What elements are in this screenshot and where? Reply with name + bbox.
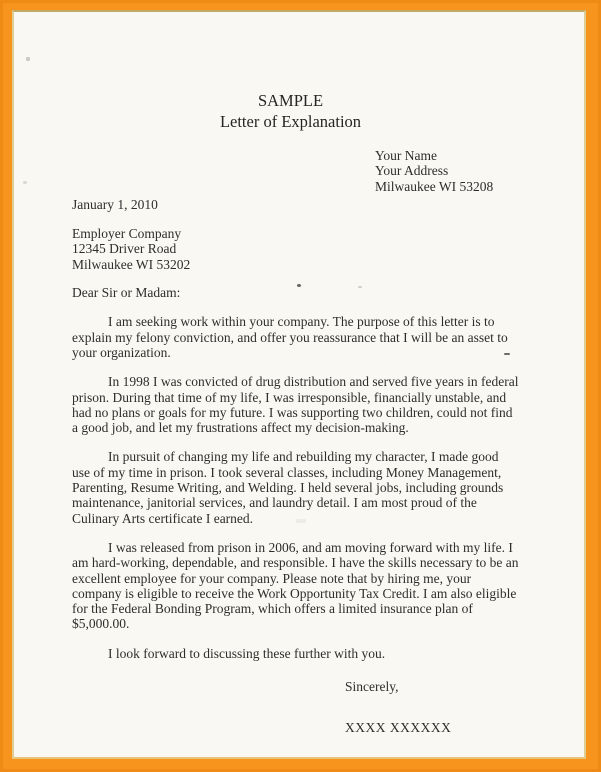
letter-page: SAMPLE Letter of Explanation Your Name Y… bbox=[12, 10, 586, 759]
sender-name: Your Name bbox=[375, 148, 519, 163]
sender-address: Your Address bbox=[375, 163, 519, 178]
body-paragraph-5: I look forward to discussing these furth… bbox=[72, 646, 519, 661]
letter-title: SAMPLE Letter of Explanation bbox=[72, 90, 509, 132]
salutation: Dear Sir or Madam: bbox=[72, 285, 519, 300]
letter-date: January 1, 2010 bbox=[72, 197, 519, 212]
signature-placeholder: XXXX XXXXXX bbox=[345, 720, 519, 735]
orange-border-frame: SAMPLE Letter of Explanation Your Name Y… bbox=[0, 0, 601, 772]
recipient-city-state-zip: Milwaukee WI 53202 bbox=[72, 257, 519, 272]
body-paragraph-3: In pursuit of changing my life and rebui… bbox=[72, 449, 519, 525]
title-subtitle-line: Letter of Explanation bbox=[72, 111, 509, 132]
body-paragraph-1: I am seeking work within your company. T… bbox=[72, 314, 519, 360]
closing-sincerely: Sincerely, bbox=[345, 679, 519, 694]
body-paragraph-2: In 1998 I was convicted of drug distribu… bbox=[72, 374, 519, 435]
recipient-street: 12345 Driver Road bbox=[72, 241, 519, 256]
sender-city-state-zip: Milwaukee WI 53208 bbox=[375, 179, 519, 194]
recipient-company: Employer Company bbox=[72, 226, 519, 241]
sender-address-block: Your Name Your Address Milwaukee WI 5320… bbox=[375, 148, 519, 194]
recipient-address-block: Employer Company 12345 Driver Road Milwa… bbox=[72, 226, 519, 272]
body-paragraph-4: I was released from prison in 2006, and … bbox=[72, 540, 519, 632]
title-sample-line: SAMPLE bbox=[72, 90, 509, 111]
